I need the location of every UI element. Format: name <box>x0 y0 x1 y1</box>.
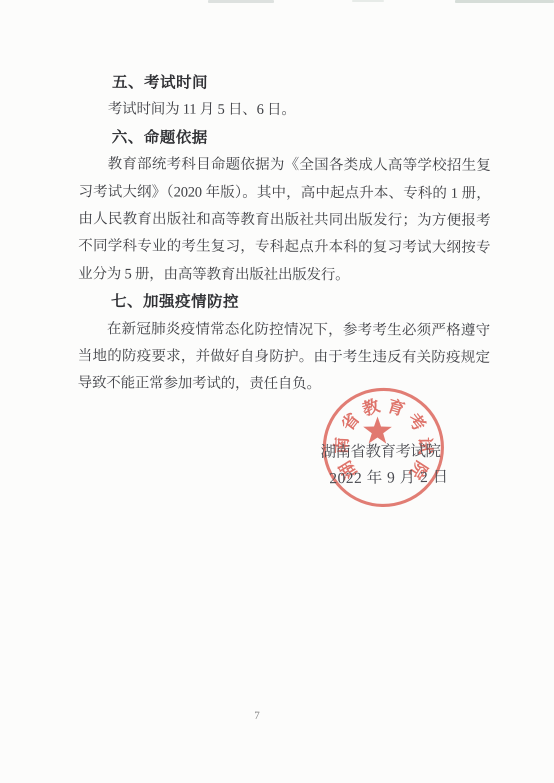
paragraph-line: 在新冠肺炎疫情常态化防控情况下，参考考生必须严格遵守 <box>78 316 490 345</box>
document-body: 五、考试时间 考试时间为 11 月 5 日、6 日。 六、命题依据 教育部统考科… <box>78 69 491 400</box>
paragraph-line: 习考试大纲》（2020 年版）。其中，高中起点升本、专科的 1 册， <box>78 179 490 208</box>
section-heading-epidemic-control: 七、加强疫情防控 <box>78 288 490 317</box>
seal-char: 省 <box>337 409 363 435</box>
section-heading-question-basis: 六、命题依据 <box>79 124 491 153</box>
seal-char: 教 <box>360 395 383 419</box>
document-tilt-wrapper: 五、考试时间 考试时间为 11 月 5 日、6 日。 六、命题依据 教育部统考科… <box>0 0 554 783</box>
scanned-document-page: 五、考试时间 考试时间为 11 月 5 日、6 日。 六、命题依据 教育部统考科… <box>0 0 554 783</box>
section-heading-exam-time: 五、考试时间 <box>79 69 491 98</box>
seal-char: 考 <box>404 410 429 435</box>
paragraph-line: 教育部统考科目命题依据为《全国各类成人高等学校招生复 <box>79 151 491 180</box>
paragraph-line: 不同学科专业的考生复习，专科起点升本科的复习考试大纲按专 <box>78 234 490 263</box>
paragraph-line: 业分为 5 册，由高等教育出版社出版发行。 <box>78 261 490 290</box>
paragraph-line: 由人民教育出版社和高等教育出版社共同出版发行；为方便报考 <box>78 206 490 235</box>
page-number: 7 <box>254 710 260 722</box>
paragraph-line: 当地的防疫要求，并做好自身防护。由于考生违反有关防疫规定 <box>78 343 490 372</box>
paragraph-line: 考试时间为 11 月 5 日、6 日。 <box>79 97 491 126</box>
signature-date: 2022 年 9 月 2 日 <box>329 465 449 489</box>
signature-organization: 湖南省教育考试院 <box>320 439 440 462</box>
seal-char: 育 <box>385 395 407 419</box>
